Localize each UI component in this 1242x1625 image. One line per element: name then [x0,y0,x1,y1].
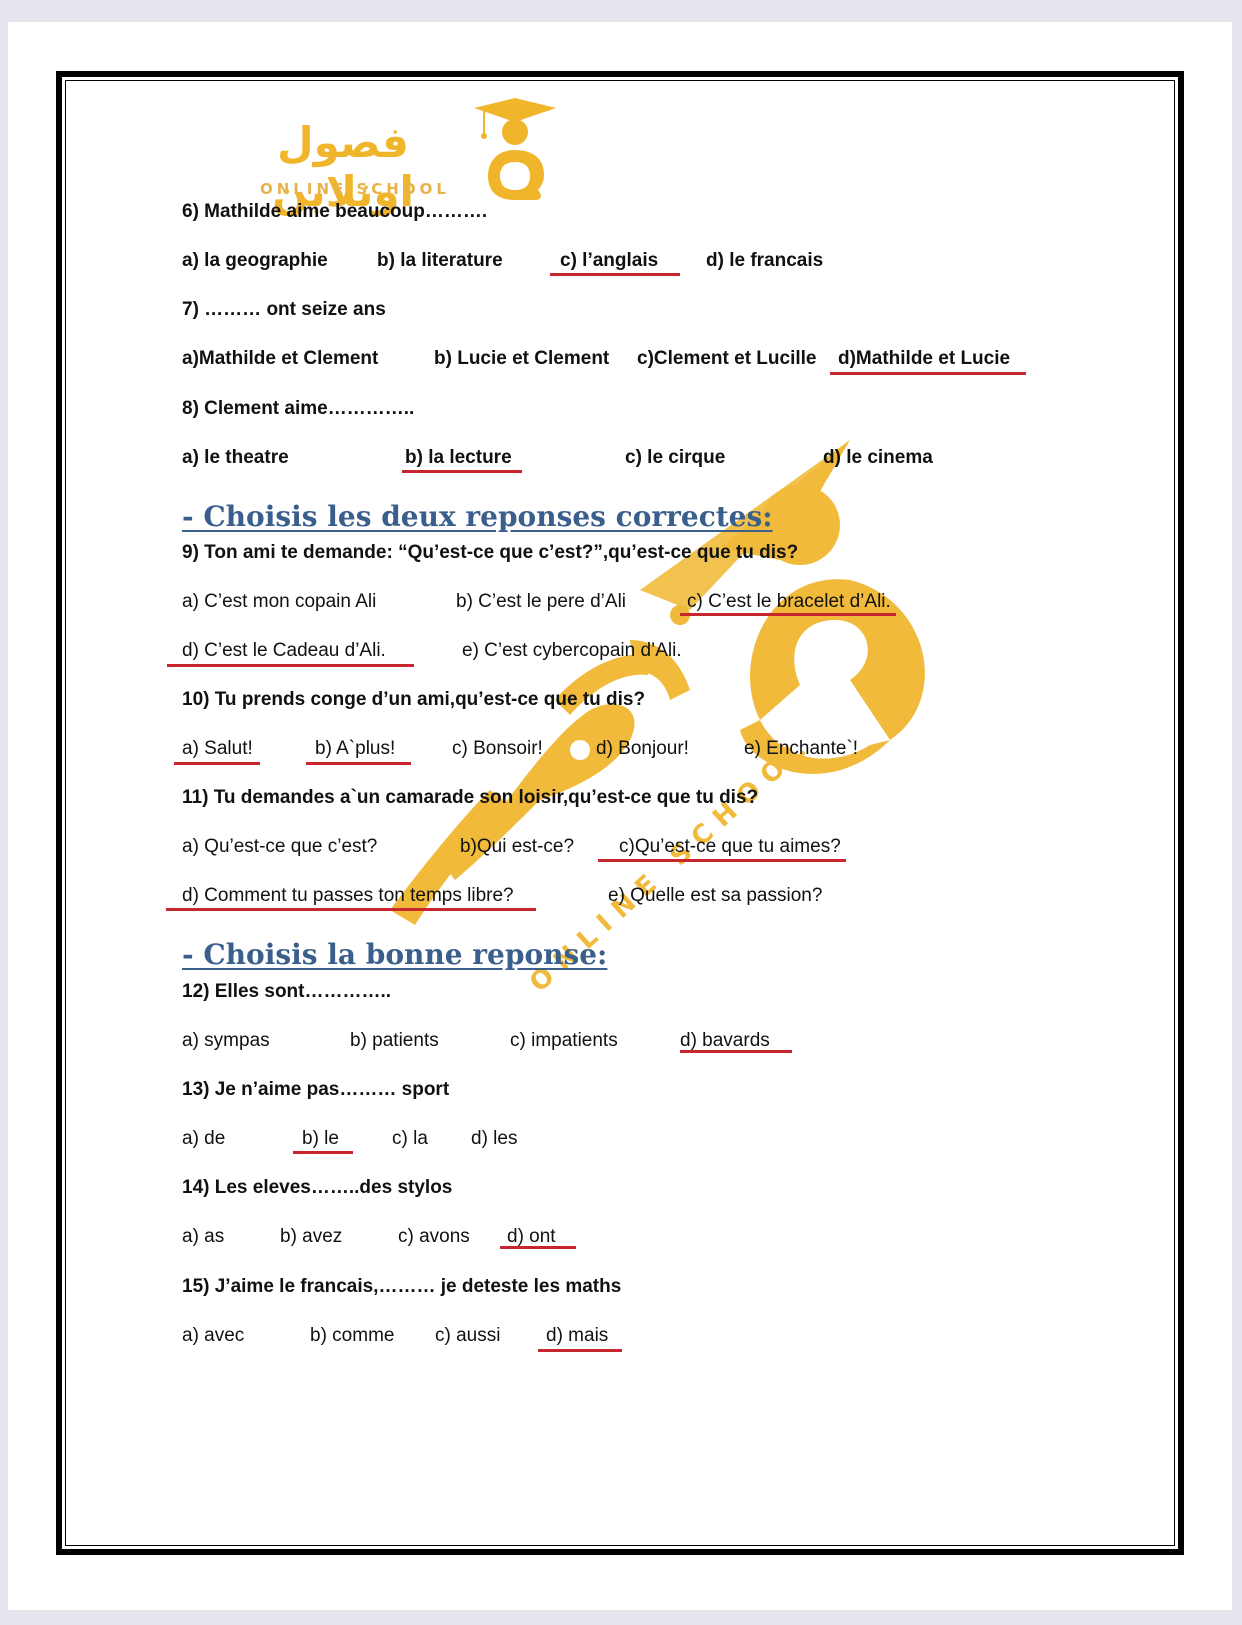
question-14: 14) Les eleves……..des stylos [182,1177,452,1199]
q15-option-d[interactable]: d) mais [546,1325,608,1347]
q10-option-a[interactable]: a) Salut! [182,738,253,760]
answer-mark-q6 [550,273,680,276]
answer-mark-q11d [166,908,536,911]
answer-mark-q8 [402,470,522,473]
q6-option-c[interactable]: c) l’anglais [560,250,658,272]
answer-mark-q7 [830,372,1026,375]
q7-option-c[interactable]: c)Clement et Lucille [637,348,817,370]
question-9: 9) Ton ami te demande: “Qu’est-ce que c’… [182,542,798,564]
q10-option-e[interactable]: e) Enchante`! [744,738,858,760]
q11-option-e[interactable]: e) Quelle est sa passion? [608,885,822,907]
q7-option-d[interactable]: d)Mathilde et Lucie [838,348,1010,370]
answer-mark-q11c [598,859,846,862]
section-heading-one-answer: - Choisis la bonne reponse: [182,938,607,971]
question-7: 7) ……… ont seize ans [182,299,386,321]
answer-mark-q14 [500,1246,576,1249]
q14-option-b[interactable]: b) avez [280,1226,342,1248]
q13-option-a[interactable]: a) de [182,1128,225,1150]
q7-option-a[interactable]: a)Mathilde et Clement [182,348,378,370]
q11-option-d[interactable]: d) Comment tu passes ton temps libre? [182,885,514,907]
q6-option-b[interactable]: b) la literature [377,250,503,272]
q8-option-b[interactable]: b) la lecture [405,447,512,469]
q9-option-e[interactable]: e) C’est cybercopain d’Ali. [462,640,682,662]
q12-option-a[interactable]: a) sympas [182,1030,270,1052]
school-logo: فصول اونلاين ONLINE SCHOOL [228,98,568,208]
q14-option-c[interactable]: c) avons [398,1226,470,1248]
answer-mark-q12 [680,1050,792,1053]
q10-option-d[interactable]: d) Bonjour! [596,738,689,760]
graduate-cap-icon [470,98,560,203]
q15-option-c[interactable]: c) aussi [435,1325,500,1347]
q8-option-c[interactable]: c) le cirque [625,447,725,469]
q10-option-c[interactable]: c) Bonsoir! [452,738,543,760]
q14-option-a[interactable]: a) as [182,1226,224,1248]
q13-option-c[interactable]: c) la [392,1128,428,1150]
q10-option-b[interactable]: b) A`plus! [315,738,395,760]
question-12: 12) Elles sont………….. [182,981,391,1003]
q6-option-a[interactable]: a) la geographie [182,250,328,272]
q9-option-a[interactable]: a) C’est mon copain Ali [182,591,376,613]
q11-option-c[interactable]: c)Qu’est-ce que tu aimes? [619,836,841,858]
section-heading-two-answers: - Choisis les deux reponses correctes: [182,500,773,533]
answer-mark-q9c [680,613,896,616]
question-15: 15) J’aime le francais,……… je deteste le… [182,1276,621,1298]
q12-option-d[interactable]: d) bavards [680,1030,770,1052]
q7-option-b[interactable]: b) Lucie et Clement [434,348,609,370]
answer-mark-q9d [167,664,414,667]
q15-option-a[interactable]: a) avec [182,1325,244,1347]
question-6: 6) Mathilde aime beaucoup………. [182,201,487,223]
q6-option-d[interactable]: d) le francais [706,250,823,272]
answer-mark-q10a [174,762,260,765]
logo-english-text: ONLINE SCHOOL [260,180,450,198]
answer-mark-q15 [538,1349,622,1352]
q8-option-d[interactable]: d) le cinema [823,447,933,469]
q8-option-a[interactable]: a) le theatre [182,447,289,469]
q12-option-b[interactable]: b) patients [350,1030,439,1052]
question-13: 13) Je n’aime pas……… sport [182,1079,449,1101]
q11-option-a[interactable]: a) Qu’est-ce que c’est? [182,836,377,858]
q12-option-c[interactable]: c) impatients [510,1030,618,1052]
question-10: 10) Tu prends conge d’un ami,qu’est-ce q… [182,689,645,711]
answer-mark-q13 [293,1151,353,1154]
q14-option-d[interactable]: d) ont [507,1226,556,1248]
q9-option-d[interactable]: d) C’est le Cadeau d’Ali. [182,640,386,662]
q9-option-c[interactable]: c) C’est le bracelet d’Ali. [687,591,891,613]
q13-option-d[interactable]: d) les [471,1128,517,1150]
q11-option-b[interactable]: b)Qui est-ce? [460,836,574,858]
answer-mark-q10b [306,762,411,765]
question-11: 11) Tu demandes a`un camarade son loisir… [182,787,758,809]
q9-option-b[interactable]: b) C’est le pere d’Ali [456,591,626,613]
q15-option-b[interactable]: b) comme [310,1325,394,1347]
question-8: 8) Clement aime………….. [182,398,414,420]
q13-option-b[interactable]: b) le [302,1128,339,1150]
